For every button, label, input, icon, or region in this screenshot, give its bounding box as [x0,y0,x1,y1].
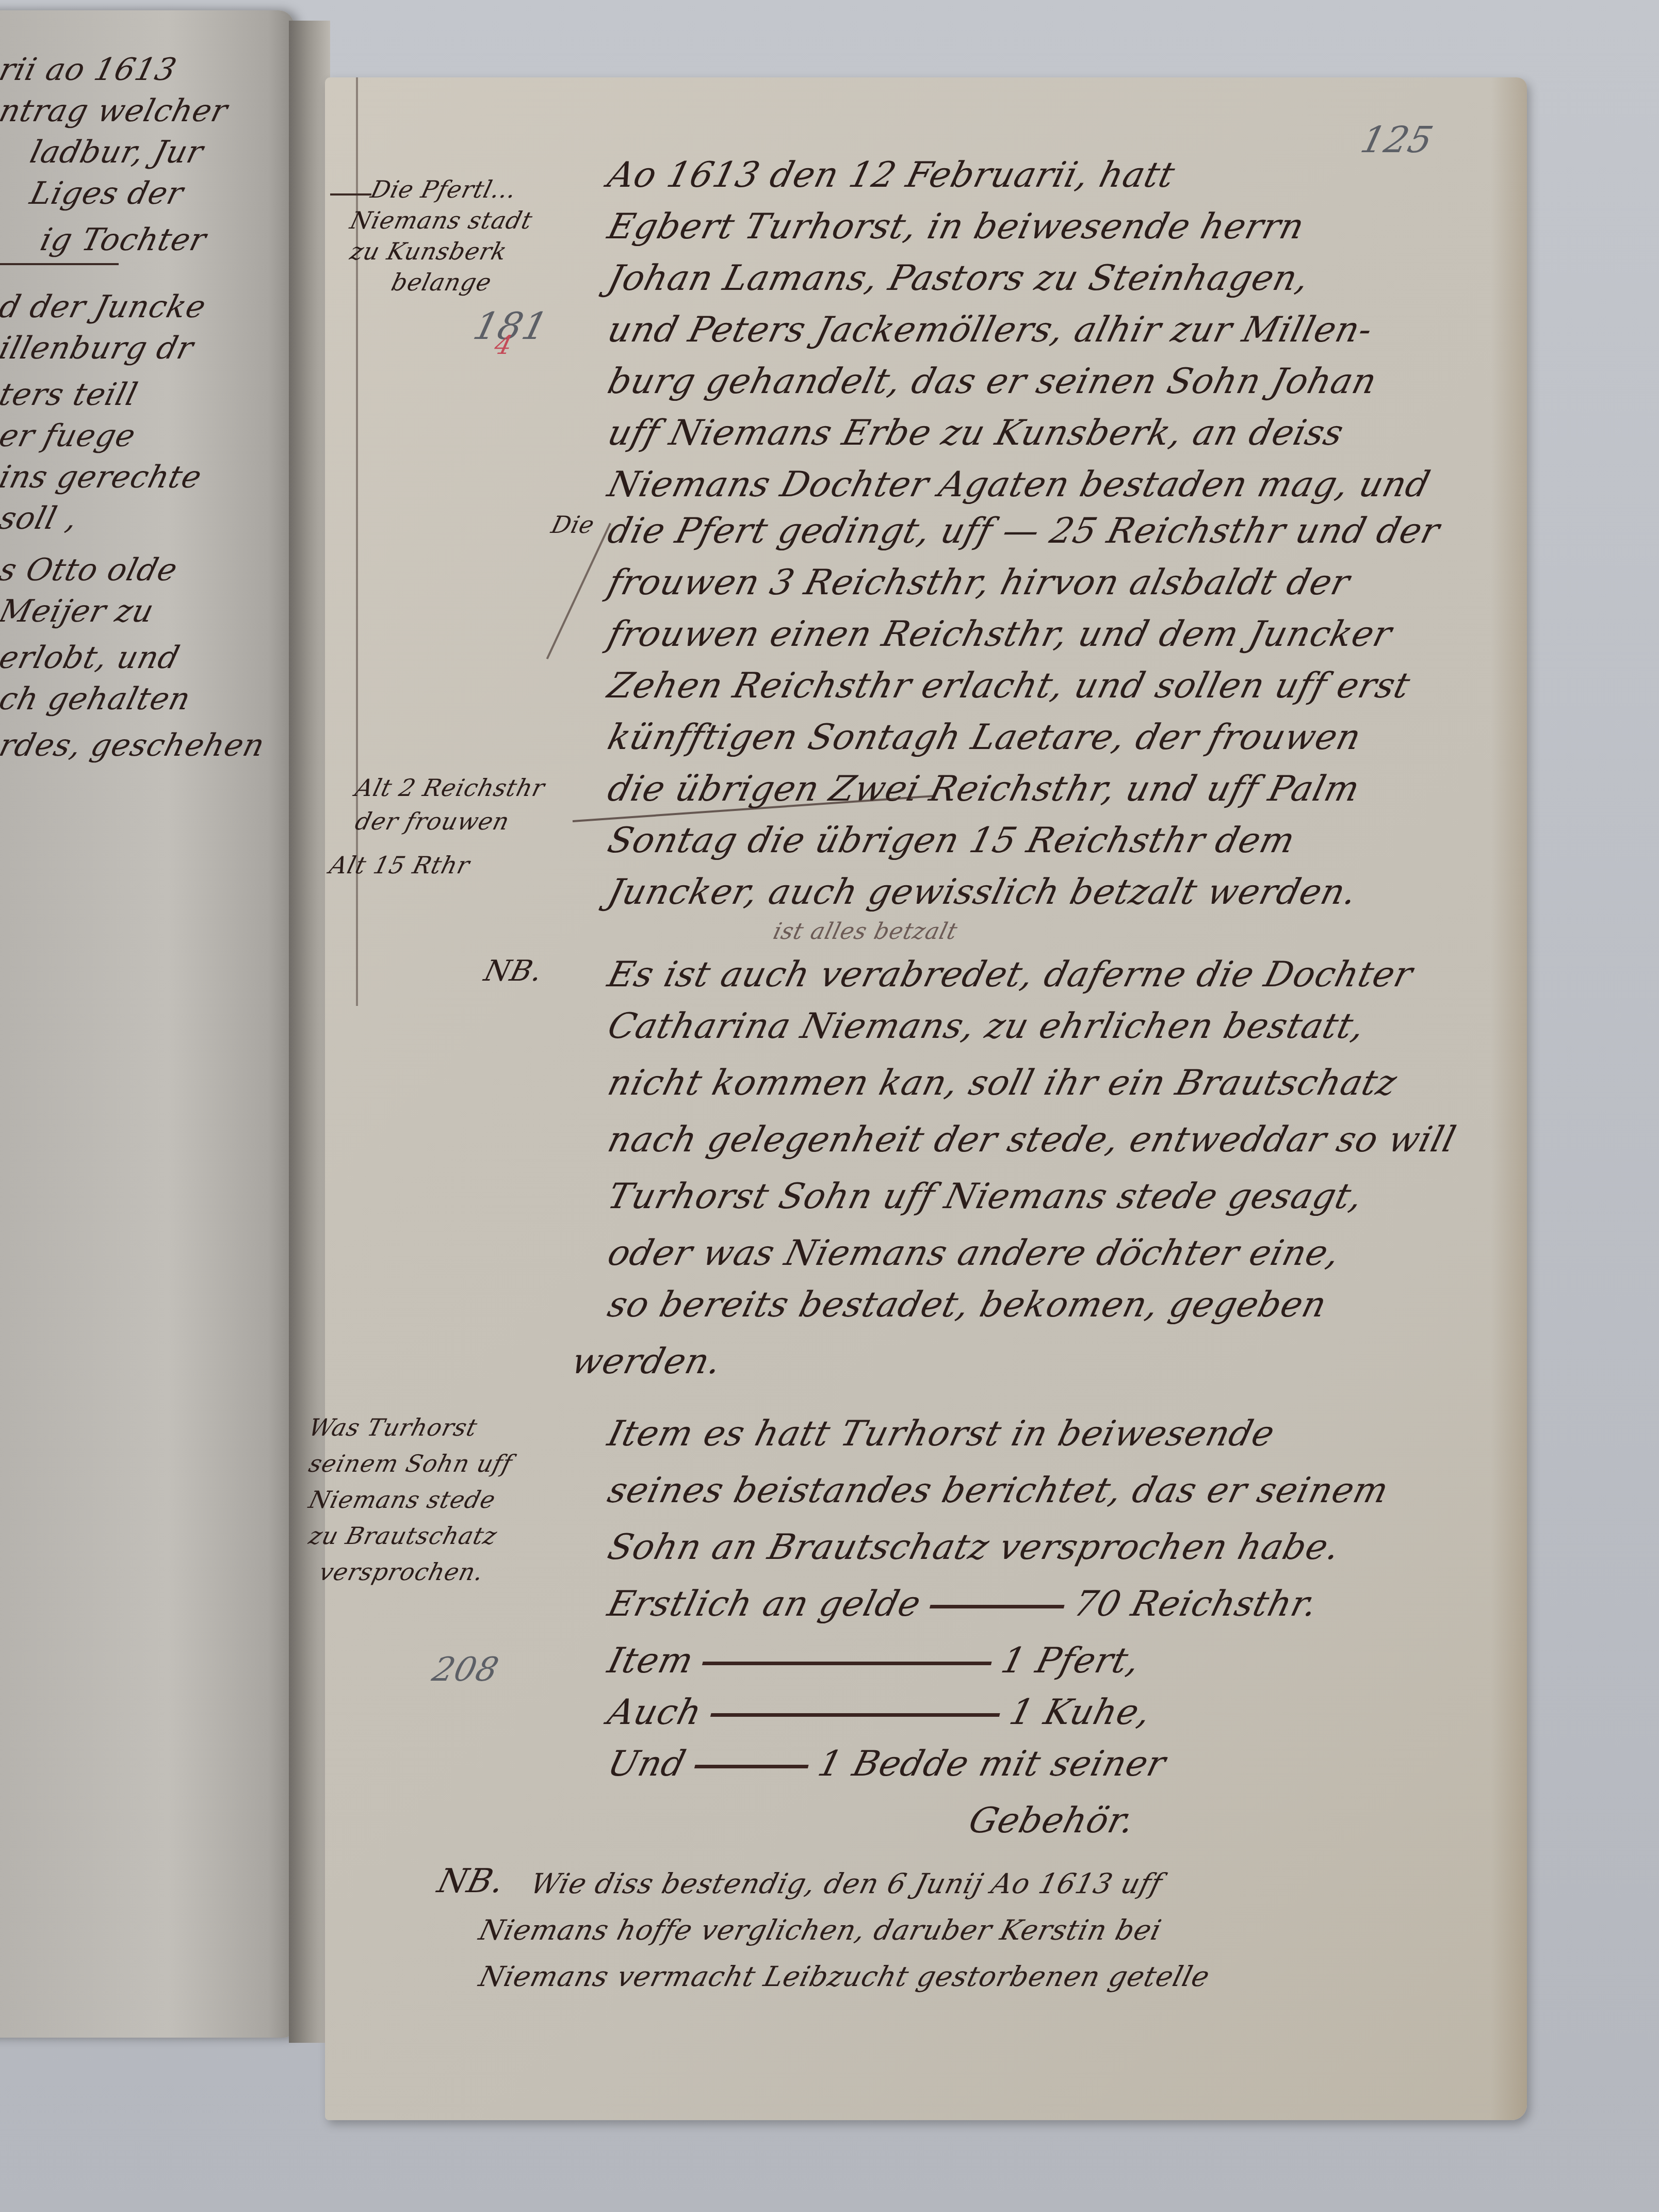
dowry-item: Erstlich an gelde70 Reichsthr. [604,1584,1322,1624]
text-line: so bereits bestadet, bekomen, gegeben [604,1284,1331,1325]
text-line: Johan Lamans, Pastors zu Steinhagen, [604,258,1313,299]
left-fragment: d der Juncke [0,289,210,325]
nb-marker: NB. [434,1862,509,1900]
left-fragment: Liges der [26,175,187,212]
left-fragment: erlobt, und [0,640,184,676]
left-fragment: ins gerechte [0,459,205,495]
margin-note-line: Die Pfertl... [368,175,519,203]
dowry-item-value: 1 Bedde mit seiner [814,1744,1170,1784]
text-line: seines beistandes berichtet, das er sein… [604,1470,1393,1511]
left-fragment: s Otto olde [0,552,181,588]
text-line: Sontag die übrigen 15 Reichsthr dem [604,820,1299,861]
left-fragment: ladbur, Jur [26,134,207,170]
dowry-item-label: Und [604,1744,690,1784]
left-fragment: soll , [0,500,82,536]
text-line: die Pfert gedingt, uff — 25 Reichsthr un… [604,511,1444,551]
text-line: uff Niemans Erbe zu Kunsberk, an deiss [604,413,1348,453]
dowry-item-value: 1 Kuhe, [1005,1692,1155,1733]
left-fragment: rdes, geschehen [0,727,269,763]
text-line: Niemans hoffe verglichen, daruber Kersti… [476,1914,1165,1946]
left-fragment: illenburg dr [0,330,198,366]
margin-note-line: Was Turhorst [306,1413,480,1441]
book-gutter [289,21,330,2043]
dowry-item: Und1 Bedde mit seiner [604,1744,1170,1784]
text-line: Sohn an Brautschatz versprochen habe. [604,1527,1344,1568]
left-fragment: ntrag welcher [0,93,232,129]
nb-marker: NB. [481,954,546,988]
left-fragment: ch gehalten [0,681,194,717]
text-line: Es ist auch verabredet, daferne die Doch… [604,954,1417,995]
text-line: Egbert Turhorst, in beiwesende herrn [604,206,1309,247]
dowry-item-label: Auch [604,1692,706,1733]
margin-note-line: zu Brautschatz [306,1522,500,1550]
text-line: frouwen einen Reichsthr, und dem Juncker [604,614,1396,655]
dash-rule [702,1662,992,1665]
dowry-item: Item1 Pfert, [604,1640,1144,1681]
left-fragment: ters teill [0,377,141,413]
dowry-item-label: Erstlich an gelde [604,1584,925,1624]
dash-rule [929,1605,1064,1608]
margin-note-line: versprochen. [316,1558,486,1586]
text-line: nach gelegenheit der stede, entweddar so… [604,1119,1460,1160]
text-line: Wie diss bestendig, den 6 Junij Ao 1613 … [527,1867,1166,1900]
text-line: die übrigen Zwei Reichsthr, und uff Palm [604,769,1364,809]
text-line: Catharina Niemans, zu ehrlichen bestatt, [604,1006,1369,1047]
text-line: frouwen 3 Reichsthr, hirvon alsbaldt der [604,562,1354,603]
left-fragment: Meijer zu [0,593,158,629]
dowry-item: Auch1 Kuhe, [604,1692,1155,1733]
margin-die: Die [548,511,597,539]
margin-note-line: belange [388,268,495,296]
dash-rule [694,1765,809,1768]
text-line: nicht kommen kan, soll ihr ein Brautscha… [604,1063,1401,1103]
text-line: und Peters Jackemöllers, alhir zur Mille… [604,310,1377,350]
dash-rule [710,1713,1000,1717]
folio-number: 125 [1357,119,1438,161]
text-line: Gebehör. [965,1800,1138,1841]
margin-note-line: seinem Sohn uff [306,1450,515,1477]
margin-note-line: Alt 2 Reichsthr [352,774,548,802]
margin-note-line: Niemans stadt [347,206,535,234]
text-line: Item es hatt Turhorst in beiwesende [604,1413,1279,1454]
archive-number: 208 [429,1651,503,1689]
text-line: werden. [567,1341,726,1382]
interlinear-note: ist alles betzalt [771,918,961,945]
text-line: Zehen Reichsthr erlacht, und sollen uff … [604,665,1414,706]
text-line: Juncker, auch gewisslich betzalt werden. [604,872,1361,913]
text-line: Ao 1613 den 12 Februarii, hatt [604,155,1179,196]
left-fragment: er fuege [0,418,139,454]
dowry-item-value: 1 Pfert, [997,1640,1144,1681]
text-line: künfftigen Sontagh Laetare, der frouwen [604,717,1365,758]
dowry-item-label: Item [604,1640,698,1681]
margin-note-line: Alt 15 Rthr [327,851,473,879]
margin-note-line: zu Kunsberk [347,237,510,265]
left-fragment: ig Tochter [37,222,210,258]
dowry-item-value: 70 Reichsthr. [1070,1584,1322,1624]
strike-rule [0,263,119,265]
text-line: Niemans vermacht Leibzucht gestorbenen g… [476,1960,1213,1993]
text-line: Turhorst Sohn uff Niemans stede gesagt, [604,1176,1367,1217]
text-line: Niemans Dochter Agaten bestaden mag, und [604,464,1434,505]
text-line: oder was Niemans andere döchter eine, [604,1233,1344,1274]
text-line: burg gehandelt, das er seinen Sohn Johan [604,361,1381,402]
margin-note-line: der frouwen [352,807,512,835]
margin-mark [330,193,371,196]
margin-note-line: Niemans stede [306,1486,499,1514]
left-fragment: rii ao 1613 [0,52,181,88]
